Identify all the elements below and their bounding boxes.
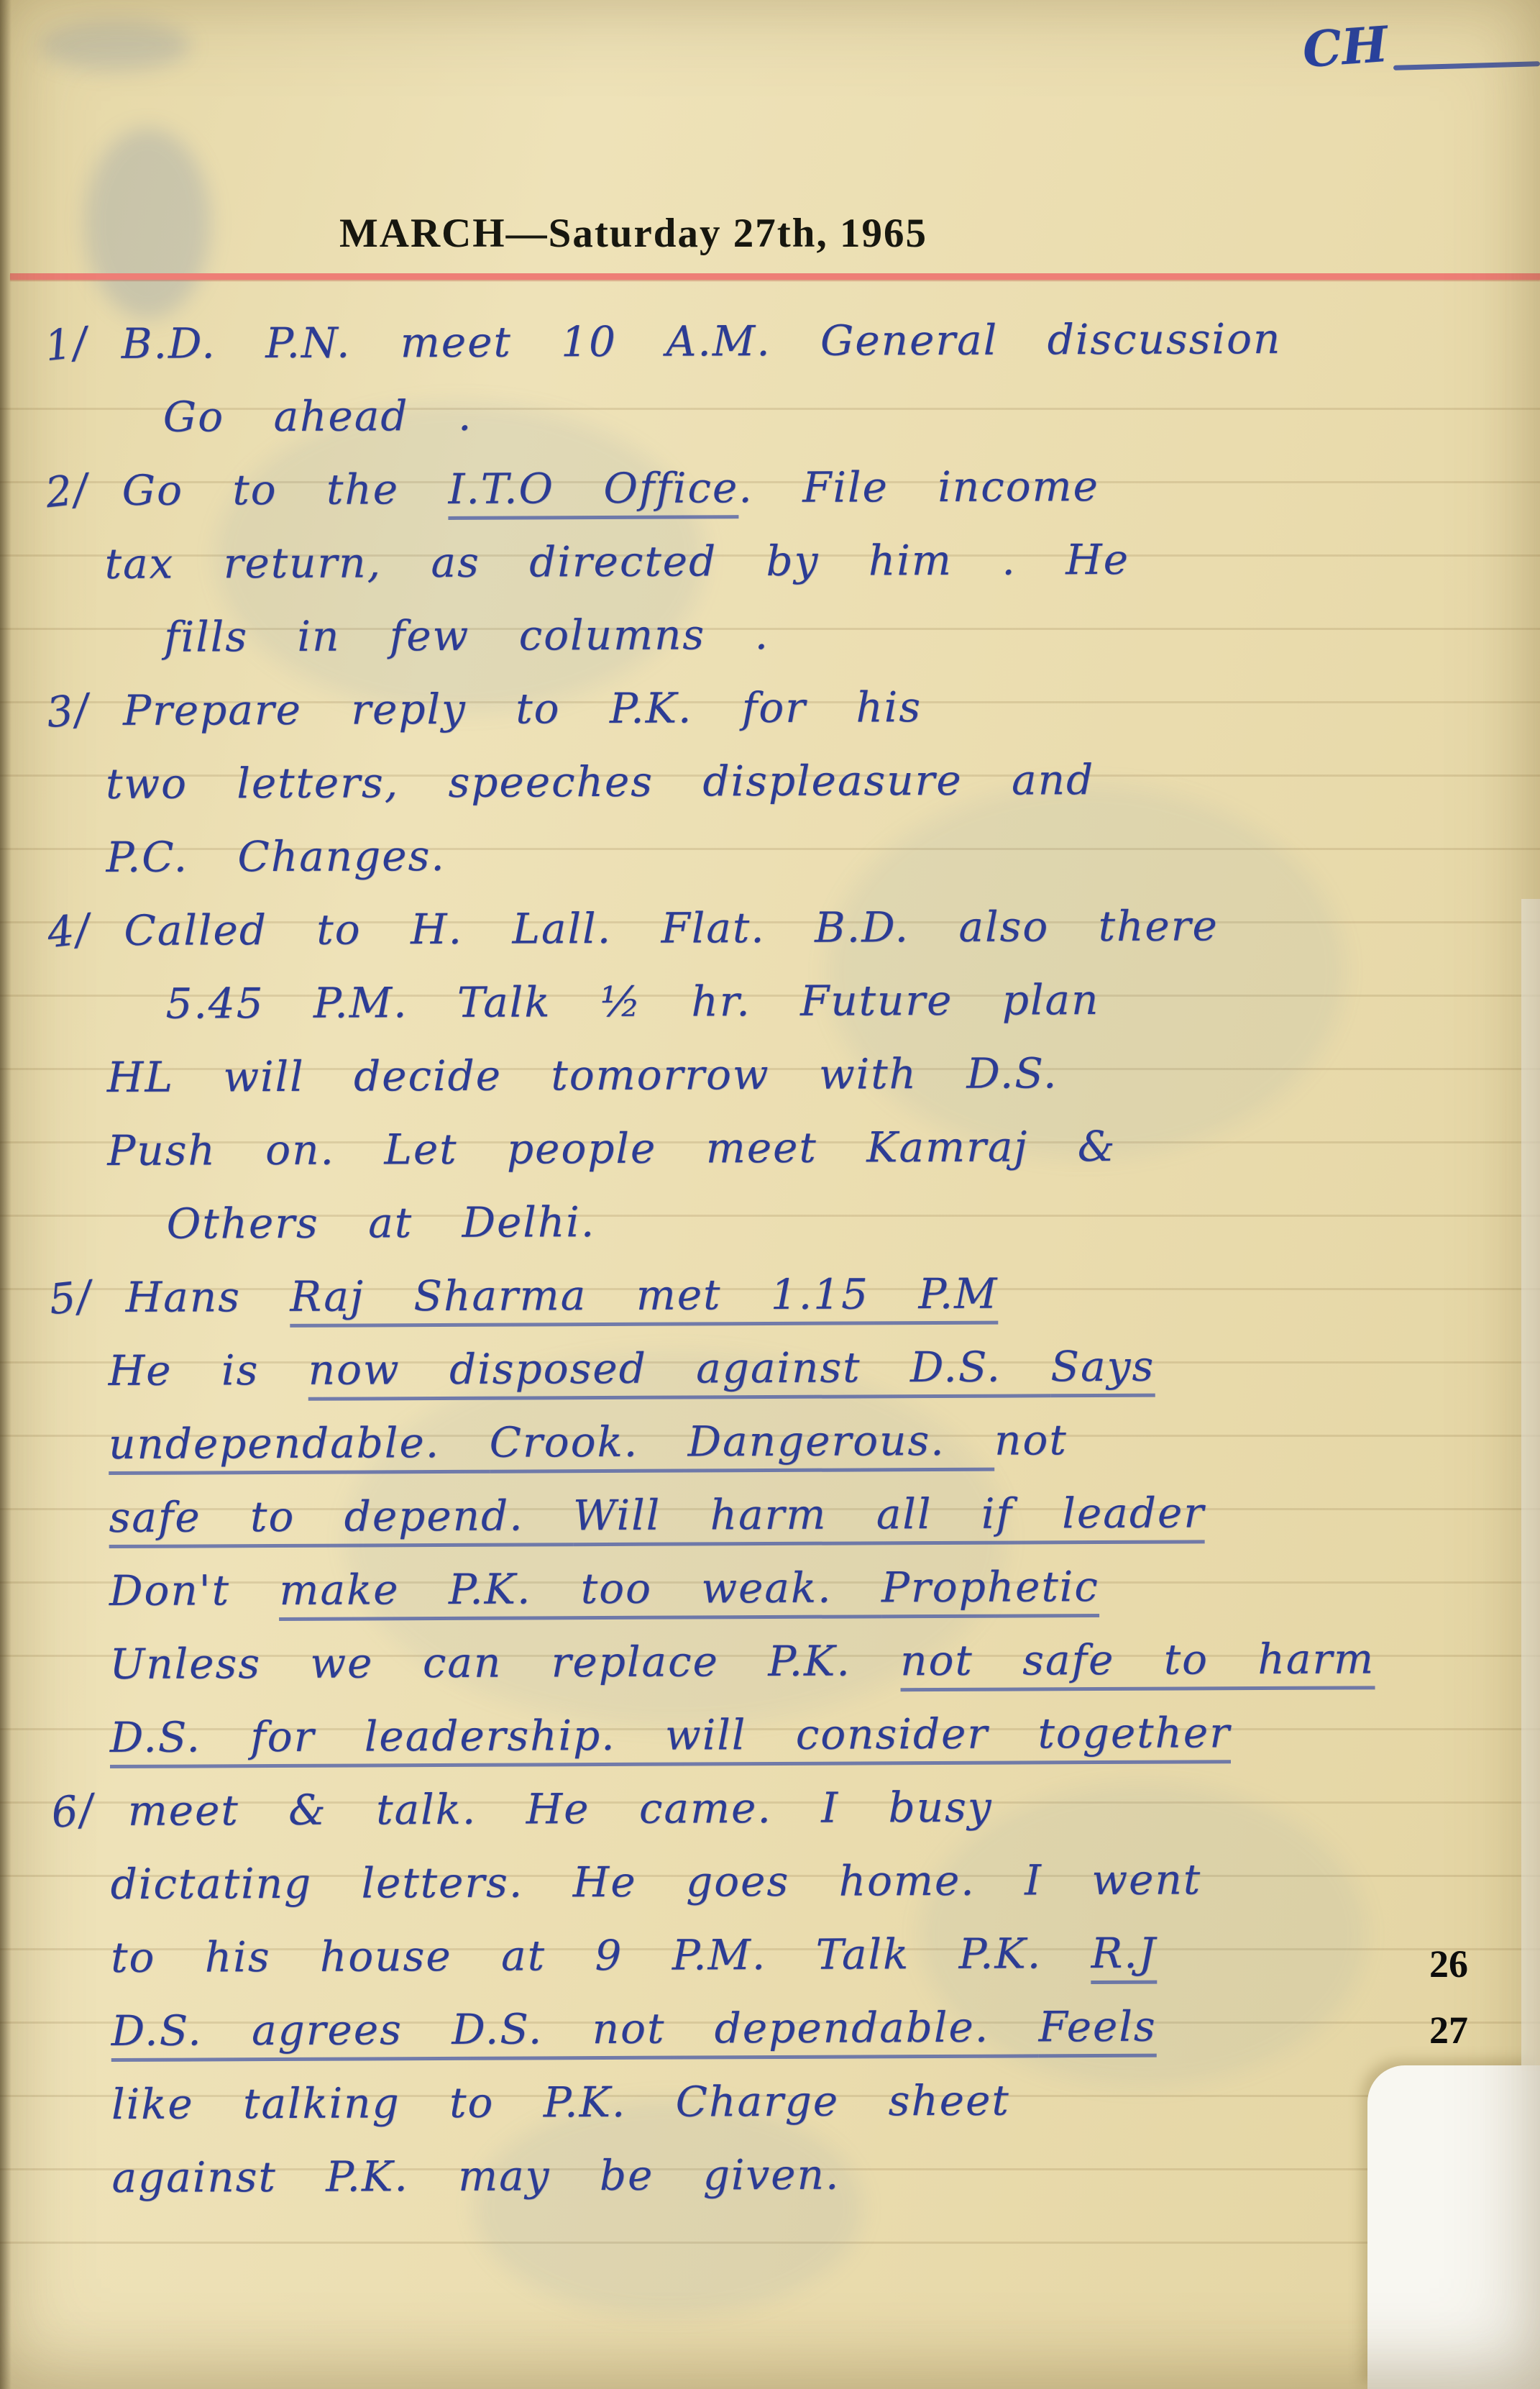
handwriting-line: 6/meet & talk. He came. I busy [2, 1780, 1540, 1860]
handwriting-line: 5/Hans Raj Sharma met 1.15 P.M [0, 1266, 1540, 1346]
entry-number: 1/ [42, 317, 91, 370]
handwriting-segment: meet & talk. He came. I busy [128, 1783, 993, 1835]
handwriting-segment: against P.K. may be given. [111, 2150, 840, 2202]
handwriting-line: 5.45 P.M. Talk ½ hr. Future plan [0, 973, 1539, 1053]
handwriting-segment: undependable. [109, 1418, 490, 1475]
entry-number: 4/ [45, 904, 93, 957]
handwriting-line: He is now disposed against D.S. Says [0, 1340, 1540, 1420]
corner-mark: CH [1301, 16, 1390, 79]
diary-page: CH MARCH—Saturday 27th, 1965 1/B.D. P.N.… [0, 0, 1540, 2389]
handwriting-segment: Prepare reply to P.K. for his [123, 682, 922, 735]
page-number-27: 27 [1402, 2008, 1468, 2052]
red-divider-line [10, 273, 1540, 280]
handwriting-segment: Push on. Let people meet Kamraj & [107, 1122, 1116, 1175]
bleed-through-smudge [85, 128, 211, 319]
handwriting-segment: Raj Sharma met 1.15 P.M [290, 1269, 998, 1328]
handwriting-line: Unless we can replace P.K. not safe to h… [1, 1633, 1540, 1713]
handwriting-segment: safe to depend. [109, 1491, 573, 1548]
handwriting-segment: make P.K. too weak. [279, 1563, 881, 1621]
handwriting-segment: Go ahead . [163, 391, 473, 442]
page-number-26: 26 [1402, 1942, 1468, 1986]
entry-number: 3/ [44, 684, 92, 737]
handwriting-line: to his house at 9 P.M. Talk P.K. R.J [3, 1927, 1540, 2006]
handwriting-segment: Others at Delhi. [167, 1197, 596, 1248]
handwriting-area: 1/B.D. P.N. meet 10 A.M. General discuss… [0, 313, 1540, 2226]
handwriting-segment: Feels [1038, 2002, 1156, 2058]
handwriting-line: safe to depend. Will harm all if leader [1, 1486, 1540, 1566]
handwriting-line: Push on. Let people meet Kamraj & [0, 1120, 1540, 1200]
handwriting-segment: not safe to harm [900, 1634, 1375, 1691]
handwriting-segment: Hans [125, 1272, 290, 1322]
entry-number: 5/ [47, 1271, 95, 1324]
corner-sticker [1367, 2065, 1540, 2389]
bleed-through-smudge [40, 20, 191, 70]
handwriting-segment: He is [108, 1346, 308, 1395]
handwriting-line: Others at Delhi. [0, 1193, 1540, 1273]
handwriting-segment: tax return, as directed by him . He [105, 535, 1130, 588]
handwriting-line: HL will decide tomorrow with D.S. [0, 1046, 1539, 1126]
handwriting-segment: 5.45 P.M. Talk ½ hr. Future plan [165, 975, 1099, 1028]
handwriting-segment: will consider together [665, 1708, 1231, 1766]
handwriting-segment: B.D. P.N. meet 10 A.M. General discussio… [122, 314, 1282, 368]
handwriting-segment: R.J [1091, 1929, 1157, 1984]
handwriting-segment: now disposed against D.S. [308, 1342, 1051, 1401]
date-header: MARCH—Saturday 27th, 1965 [339, 210, 927, 257]
handwriting-segment: not [994, 1415, 1068, 1464]
handwriting-line: undependable. Crook. Dangerous. not [1, 1413, 1540, 1493]
handwriting-line: D.S. for leadership. will consider toget… [2, 1707, 1540, 1786]
handwriting-line: dictating letters. He goes home. I went [3, 1853, 1540, 1933]
handwriting-segment: I.T.O Office [448, 463, 738, 520]
handwriting-segment: D.S. for leadership. [110, 1711, 666, 1768]
handwriting-segment: Prophetic [881, 1562, 1099, 1618]
handwriting-segment: two letters, speeches displeasure and [106, 755, 1094, 808]
handwriting-segment: D.S. agrees D.S. not dependable. [111, 2002, 1038, 2062]
handwriting-line: 2/Go to the I.T.O Office. File income [0, 460, 1537, 539]
handwriting-segment: Go to the [122, 465, 449, 515]
handwriting-line: P.C. Changes. [0, 826, 1539, 906]
handwriting-line: like talking to P.K. Charge sheet [4, 2073, 1540, 2153]
handwriting-segment: fills in few columns . [164, 610, 769, 662]
handwriting-segment: Don't [109, 1566, 280, 1615]
handwriting-line: fills in few columns . [0, 606, 1537, 686]
handwriting-segment: Called to H. Lall. Flat. B.D. also there [124, 901, 1219, 955]
entry-number: 6/ [49, 1784, 97, 1837]
handwriting-line: 1/B.D. P.N. meet 10 A.M. General discuss… [0, 313, 1536, 393]
handwriting-segment: dictating letters. He goes home. I went [111, 1855, 1202, 1909]
entry-number: 2/ [43, 464, 91, 517]
handwriting-segment: . File income [738, 462, 1099, 512]
handwriting-line: tax return, as directed by him . He [0, 533, 1537, 613]
handwriting-line: Don't make P.K. too weak. Prophetic [1, 1560, 1540, 1640]
corner-mark-stroke [1393, 61, 1540, 70]
handwriting-line: against P.K. may be given. [4, 2147, 1540, 2226]
handwriting-line: Go ahead . [0, 386, 1536, 466]
handwriting-segment: HL will decide tomorrow with D.S. [107, 1049, 1058, 1102]
handwriting-segment: Says [1050, 1342, 1155, 1398]
handwriting-segment: P.C. Changes. [106, 831, 446, 882]
handwriting-line: D.S. agrees D.S. not dependable. Feels [3, 2000, 1540, 2080]
page-left-edge [0, 0, 12, 2389]
handwriting-line: two letters, speeches displeasure and [0, 753, 1538, 833]
handwriting-segment: like talking to P.K. Charge sheet [111, 2076, 1010, 2129]
handwriting-line: 3/Prepare reply to P.K. for his [0, 680, 1538, 759]
page-right-edge [1521, 899, 1540, 2071]
handwriting-segment: Unless we can replace P.K. [109, 1636, 900, 1689]
handwriting-segment: to his house at 9 P.M. Talk P.K. [111, 1929, 1091, 1982]
handwriting-segment: Crook. Dangerous. [489, 1416, 994, 1474]
handwriting-line: 4/Called to H. Lall. Flat. B.D. also the… [0, 900, 1539, 979]
handwriting-segment: Will harm all if leader [573, 1488, 1205, 1546]
